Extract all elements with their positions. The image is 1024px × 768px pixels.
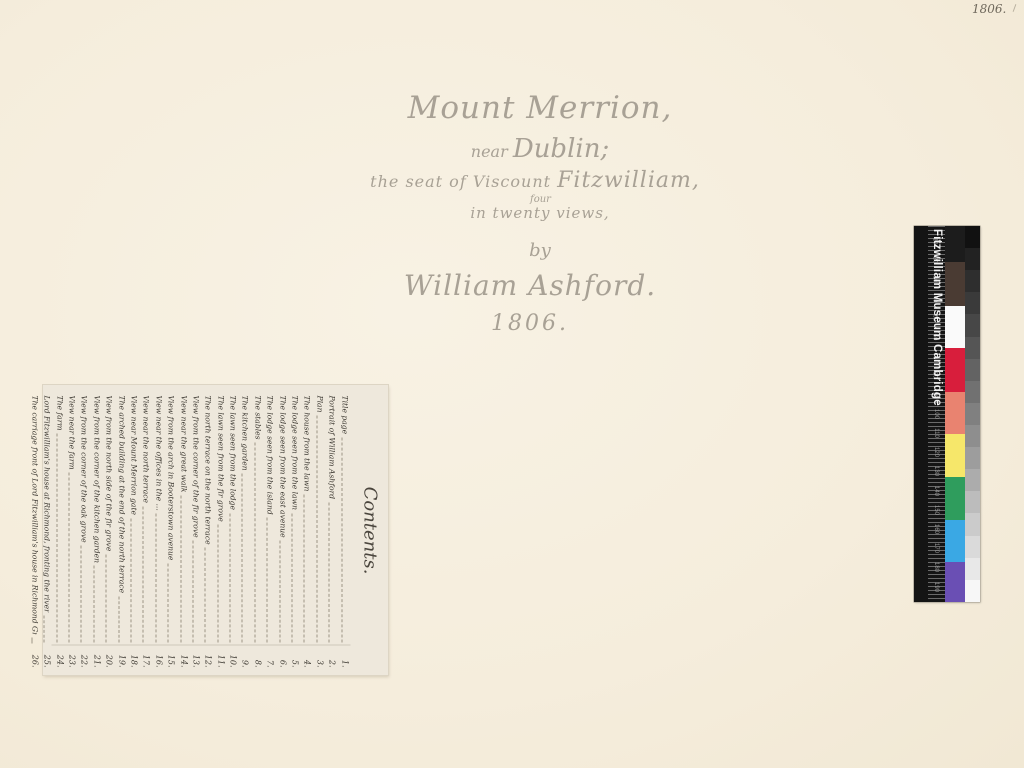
contents-rotated-page: Contents. Title page1.Portrait of Willia… (43, 385, 388, 675)
contents-entry-page: 18. (127, 645, 139, 667)
grayscale-steps (965, 226, 980, 602)
contents-entry-page: 8. (251, 645, 263, 667)
contents-entry-title: The lawn seen from the lodge (226, 395, 238, 510)
gray-step (965, 580, 980, 602)
gray-step (965, 270, 980, 292)
contents-row: Portrait of William Ashford2. (325, 395, 337, 667)
contents-row: The house from the lawn4. (300, 395, 312, 667)
contents-entry-page: 11. (214, 645, 226, 667)
contents-leader (303, 494, 304, 642)
contents-entry-page: 3. (313, 645, 325, 667)
title-viscount: Viscount (473, 172, 551, 191)
contents-entry-title: The lodge seen from the lawn (288, 395, 300, 510)
title-fitzwilliam: Fitzwilliam, (557, 168, 700, 193)
contents-row: The lodge seen from the lawn5. (288, 395, 300, 667)
title-near: near (471, 142, 508, 161)
contents-entry-title: The lodge seen from the island (263, 395, 275, 514)
contents-leader (68, 472, 69, 642)
contents-entry-page: 9. (238, 645, 250, 667)
folio-page-number: 1806. (972, 2, 1006, 16)
contents-row: Lord Fitzwilliam's house at Richmond, fr… (40, 395, 52, 667)
contents-entry-title: Lord Fitzwilliam's house at Richmond, fr… (40, 395, 52, 612)
contents-entry-title: View from the north side of the fir grov… (102, 395, 114, 551)
title-line-twenty-views: in twenty views, (340, 204, 740, 222)
contents-row: Title page1. (338, 395, 350, 667)
contents-leader (266, 517, 267, 642)
contents-leader (291, 513, 292, 642)
ruler-label-band (914, 226, 928, 602)
contents-entry-page: 21. (90, 645, 102, 667)
contents-leader (229, 513, 230, 642)
gray-step (965, 226, 980, 248)
contents-row: The farm24. (53, 395, 65, 667)
contents-leader (80, 545, 81, 642)
contents-leader (167, 563, 168, 642)
contents-entry-title: The lodge seen from the east avenue (276, 395, 288, 537)
contents-entry-title: View near Mount Merrion gate (127, 395, 139, 515)
swatch-brown (945, 262, 965, 306)
gray-step (965, 558, 980, 580)
swatch-black (945, 226, 965, 262)
gray-step (965, 491, 980, 513)
title-line-mount-merrion: Mount Merrion, (340, 88, 740, 128)
contents-entry-title: View from the corner of the kitchen gard… (90, 395, 102, 562)
contents-row: View near the farm23. (65, 395, 77, 667)
folio-mark (1013, 4, 1017, 12)
contents-entry-page: 20. (102, 645, 114, 667)
contents-row: View from the corner of the fir grove13. (189, 395, 201, 667)
contents-entry-title: View near the offices in the ... (152, 395, 164, 510)
contents-entry-page: 12. (201, 645, 213, 667)
contents-row: View near the offices in the ...16. (152, 395, 164, 667)
title-line-by: by (340, 240, 740, 262)
contents-row: The lodge seen from the east avenue6. (276, 395, 288, 667)
contents-entry-title: The house from the lawn (300, 395, 312, 491)
contents-entry-title: View from the corner of the fir grove (189, 395, 201, 537)
contents-row: View from the corner of the oak grove22. (77, 395, 89, 667)
title-line-seat: the seat of Viscount Fitzwilliam, (330, 169, 740, 194)
gray-step (965, 337, 980, 359)
contents-entry-title: The carriage front of Lord Fitzwilliam's… (28, 395, 40, 634)
title-line-year: 1806. (320, 308, 740, 340)
swatch-purple (945, 562, 965, 602)
contents-leader (241, 473, 242, 642)
swatch-green (945, 477, 965, 520)
contents-entry-page: 6. (276, 645, 288, 667)
contents-leader (105, 554, 106, 642)
contents-row: The north terrace on the north terrace12… (201, 395, 213, 667)
contents-entry-title: View near the great walk (177, 395, 189, 492)
contents-leader (204, 547, 205, 642)
contents-leader (217, 524, 218, 642)
gray-step (965, 381, 980, 403)
contents-heading: Contents. (359, 385, 380, 675)
contents-leader (93, 565, 94, 642)
contents-entry-page: 7. (263, 645, 275, 667)
contents-row: View near the north terrace17. (139, 395, 151, 667)
contents-entry-title: View near the north terrace (139, 395, 151, 503)
swatch-blue (945, 520, 965, 562)
contents-leader (192, 540, 193, 642)
contents-row: View from the north side of the fir grov… (102, 395, 114, 667)
gray-step (965, 248, 980, 270)
contents-leader (328, 502, 329, 642)
contents-row: View near the great walk14. (177, 395, 189, 667)
swatch-red (945, 348, 965, 392)
contents-row: The carriage front of Lord Fitzwilliam's… (28, 395, 40, 667)
contents-leader (56, 433, 57, 642)
contents-entry-page: 19. (115, 645, 127, 667)
contents-leader (142, 506, 143, 642)
contents-entry-page: 26. (28, 646, 40, 667)
title-line-author: William Ashford. (320, 268, 740, 304)
contents-entry-page: 10. (226, 645, 238, 667)
contents-entry-title: The arched building at the end of the no… (115, 395, 127, 593)
contents-entry-title: The lawn seen from the fir grove (214, 395, 226, 521)
contents-leader (341, 437, 342, 642)
contents-leader (31, 637, 32, 643)
gray-step (965, 359, 980, 381)
gray-step (965, 425, 980, 447)
contents-entry-title: View near the farm (65, 395, 77, 469)
swatch-salmon (945, 392, 965, 434)
color-swatches (945, 226, 965, 602)
contents-row: The stables8. (251, 395, 263, 667)
title-dublin: Dublin; (513, 134, 609, 164)
contents-row: The arched building at the end of the no… (115, 395, 127, 667)
contents-row: Plan3. (313, 395, 325, 667)
swatch-white (945, 306, 965, 348)
contents-entry-page: 13. (189, 645, 201, 667)
color-calibration-scale: 1020304050607080901001101201301401501601… (914, 226, 980, 602)
contents-entry-title: View from the corner of the oak grove (77, 395, 89, 542)
contents-entry-title: The farm (53, 395, 65, 430)
contents-row: View near Mount Merrion gate18. (127, 395, 139, 667)
contents-row: The kitchen garden9. (238, 395, 250, 667)
contents-entry-page: 14. (177, 645, 189, 667)
contents-entry-title: View from the arch in Booterstown avenue (164, 395, 176, 560)
contents-entry-page: 16. (152, 645, 164, 667)
gray-step (965, 403, 980, 425)
contents-leader (316, 415, 317, 642)
contents-list: Title page1.Portrait of William Ashford2… (28, 395, 350, 667)
title-line-near-dublin: near Dublin; (340, 132, 740, 169)
contents-entry-title: The north terrace on the north terrace (201, 395, 213, 544)
contents-leader (254, 442, 255, 642)
contents-entry-page: 5. (288, 645, 300, 667)
contents-leader (155, 513, 156, 642)
contents-entry-page: 1. (338, 645, 350, 667)
contents-entry-title: The stables (251, 395, 263, 439)
title-seat-of: the seat of (370, 172, 467, 191)
gray-step (965, 447, 980, 469)
swatch-yellow (945, 434, 965, 477)
contents-entry-page: 22. (77, 645, 89, 667)
gray-step (965, 536, 980, 558)
contents-entry-title: The kitchen garden (238, 395, 250, 470)
title-page-inscription: Mount Merrion, near Dublin; the seat of … (340, 88, 740, 340)
contents-entry-page: 2. (325, 645, 337, 667)
contents-leader (118, 596, 119, 642)
contents-entry-page: 25. (40, 645, 52, 667)
contents-leader (180, 495, 181, 642)
contents-row: The lawn seen from the fir grove11. (214, 395, 226, 667)
contents-row: The lawn seen from the lodge10. (226, 395, 238, 667)
gray-step (965, 469, 980, 491)
contents-entry-page: 15. (164, 645, 176, 667)
scale-label: Fitzwilliam Museum Cambridge (929, 229, 943, 605)
gray-step (965, 314, 980, 336)
contents-leader (279, 540, 280, 642)
title-line-views-wrapper: four in twenty views, (340, 194, 740, 230)
contents-entry-title: Portrait of William Ashford (325, 395, 337, 499)
gray-step (965, 292, 980, 314)
contents-entry-page: 23. (65, 645, 77, 667)
contents-entry-title: Plan (313, 395, 325, 412)
contents-row: View from the corner of the kitchen gard… (90, 395, 102, 667)
contents-entry-page: 4. (300, 645, 312, 667)
contents-leader (43, 615, 44, 642)
gray-step (965, 513, 980, 535)
contents-row: The lodge seen from the island7. (263, 395, 275, 667)
contents-slip: Contents. Title page1.Portrait of Willia… (43, 385, 388, 675)
contents-entry-page: 17. (139, 645, 151, 667)
contents-entry-title: Title page (338, 395, 350, 434)
contents-entry-page: 24. (53, 645, 65, 667)
contents-row: View from the arch in Booterstown avenue… (164, 395, 176, 667)
contents-leader (130, 518, 131, 642)
